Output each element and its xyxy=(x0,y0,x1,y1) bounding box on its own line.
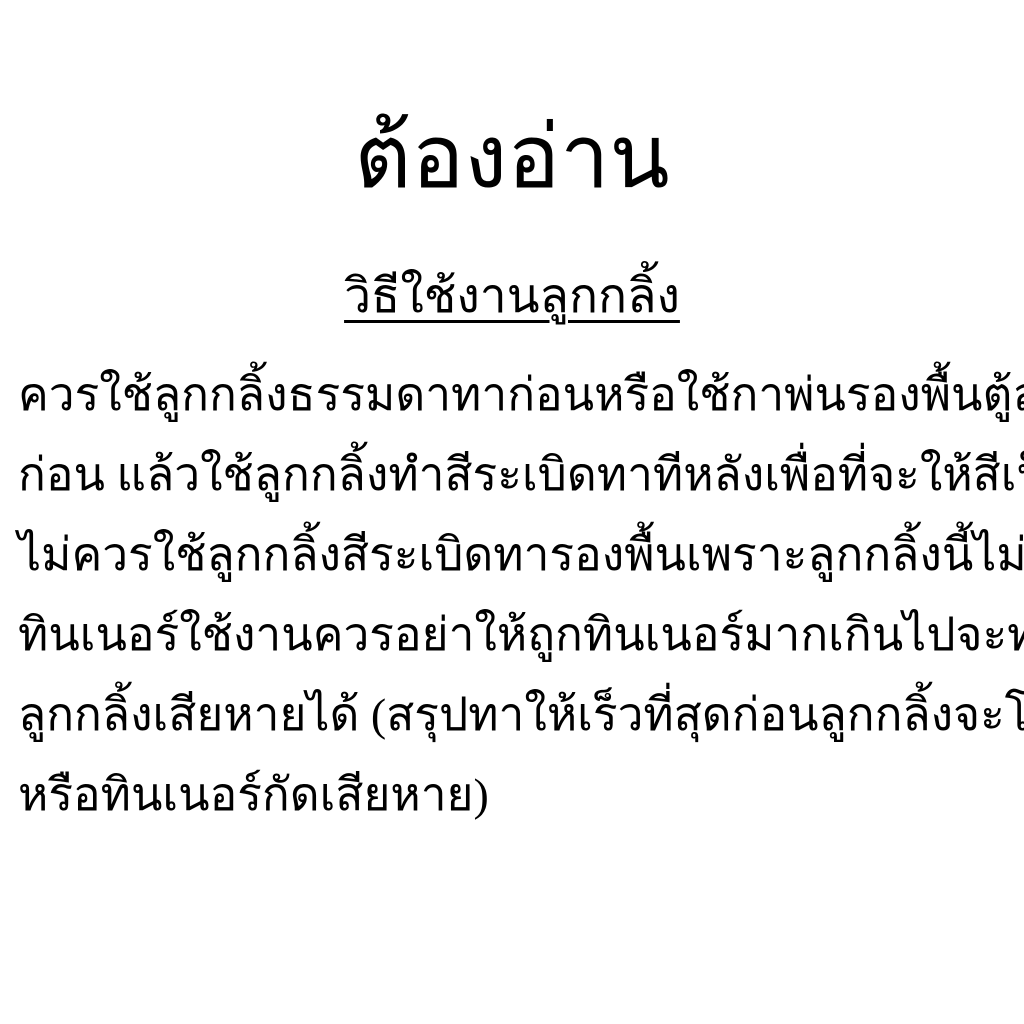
body-line-2: ก่อน แล้วใช้ลูกกลิ้งทำสีระเบิดทาทีหลังเพ… xyxy=(18,435,1000,515)
body-line-3: ไม่ควรใช้ลูกกลิ้งสีระเบิดทารองพื้นเพราะล… xyxy=(18,515,1000,595)
section-subtitle: วิธีใช้งานลูกกลิ้ง xyxy=(0,261,1024,333)
body-line-6: หรือทินเนอร์กัดเสียหาย) xyxy=(18,755,1000,835)
body-paragraph: ควรใช้ลูกกลิ้งธรรมดาทาก่อนหรือใช้กาพ่นรอ… xyxy=(0,355,1024,835)
page-title: ต้องอ่าน xyxy=(0,0,1024,223)
document-page: ต้องอ่าน วิธีใช้งานลูกกลิ้ง ควรใช้ลูกกลิ… xyxy=(0,0,1024,1024)
body-line-4: ทินเนอร์ใช้งานควรอย่าให้ถูกทินเนอร์มากเก… xyxy=(18,595,1000,675)
body-line-5: ลูกกลิ้งเสียหายได้ (สรุปทาให้เร็วที่สุดก… xyxy=(18,675,1000,755)
section-subtitle-text: วิธีใช้งานลูกกลิ้ง xyxy=(344,270,680,323)
body-line-1: ควรใช้ลูกกลิ้งธรรมดาทาก่อนหรือใช้กาพ่นรอ… xyxy=(18,355,1000,435)
